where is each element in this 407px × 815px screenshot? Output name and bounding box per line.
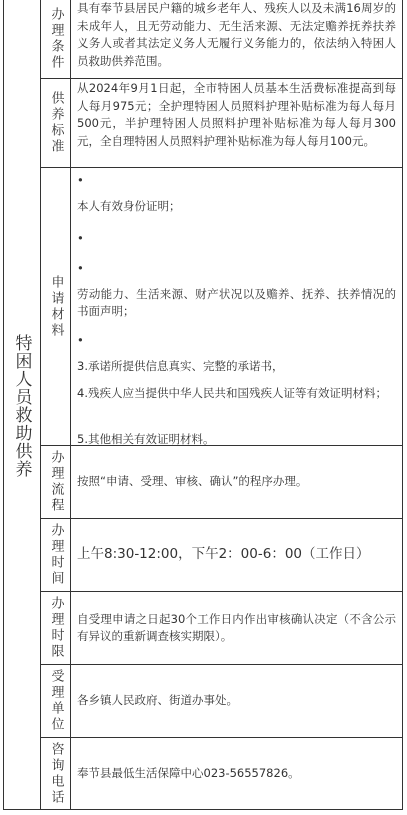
row-consult-phone: 咨询电话 奉节县最低生活保障中心023-56557826。	[41, 738, 402, 809]
row-application-materials: 申请材料 • 本人有效身份证明； • • 劳动能力、生活来源、财产状况以及赡养、…	[41, 168, 402, 446]
service-info-table: 特困人员救助供养 办理条件 具有奉节县居民户籍的城乡老年人、残疾人以及未满16周…	[3, 0, 403, 810]
row-office-hours: 办理时间 上午8:30-12:00，下午2：00-6：00（工作日）	[41, 519, 402, 592]
row-label-cell: 办理条件	[41, 0, 71, 78]
row-label-cell: 咨询电话	[41, 738, 71, 809]
row-accepting-unit: 受理单位 各乡镇人民政府、街道办事处。	[41, 665, 402, 738]
service-category-cell: 特困人员救助供养	[4, 0, 41, 809]
row-label-cell: 受理单位	[41, 665, 71, 737]
materials-list: • 本人有效身份证明； • • 劳动能力、生活来源、财产状况以及赡养、抚养、扶养…	[71, 168, 402, 445]
row-label: 办理条件	[49, 7, 63, 71]
row-value-cell: 奉节县最低生活保障中心023-56557826。	[71, 738, 402, 809]
row-label: 咨询电话	[49, 742, 63, 806]
service-title: 特困人员救助供养	[10, 334, 35, 478]
row-label: 办理时限	[49, 596, 63, 660]
material-item: 3.承诺所提供信息真实、完整的承诺书，	[77, 358, 396, 385]
row-value-cell: 上午8:30-12:00，下午2：00-6：00（工作日）	[71, 519, 402, 591]
row-label-cell: 申请材料	[41, 168, 71, 445]
row-label-cell: 办理时间	[41, 519, 71, 591]
row-label: 办理流程	[49, 450, 63, 514]
processing-limit-text: 自受理申请之日起30个工作日内作出审核确认决定（不含公示有异议的重新调查核实期限…	[77, 611, 396, 646]
consult-phone-text: 奉节县最低生活保障中心023-56557826。	[77, 765, 300, 783]
row-support-standard: 供养标准 从2024年9月1日起，全市特困人员基本生活费标准提高到每人每月975…	[41, 79, 402, 168]
row-value-cell: 按照“申请、受理、审核、确认”的程序办理。	[71, 446, 402, 518]
support-standard-text: 从2024年9月1日起，全市特困人员基本生活费标准提高到每人每月975元；全护理…	[77, 80, 396, 150]
row-label-cell: 供养标准	[41, 79, 71, 167]
list-bullet: •	[77, 328, 396, 358]
material-item: 劳动能力、生活来源、财产状况以及赡养、抚养、扶养情况的书面声明；	[77, 286, 396, 328]
row-label-cell: 办理流程	[41, 446, 71, 518]
row-label-cell: 办理时限	[41, 592, 71, 664]
procedure-text: 按照“申请、受理、审核、确认”的程序办理。	[77, 473, 307, 491]
list-bullet: •	[77, 168, 396, 198]
office-hours-text: 上午8:30-12:00，下午2：00-6：00（工作日）	[77, 546, 370, 564]
row-eligibility: 办理条件 具有奉节县居民户籍的城乡老年人、残疾人以及未满16周岁的未成年人，且无…	[41, 0, 402, 79]
list-bullet: •	[77, 226, 396, 256]
row-label: 供养标准	[49, 91, 63, 155]
row-value-cell: 各乡镇人民政府、街道办事处。	[71, 665, 402, 737]
row-procedure: 办理流程 按照“申请、受理、审核、确认”的程序办理。	[41, 446, 402, 519]
row-label: 办理时间	[49, 523, 63, 587]
row-label: 受理单位	[49, 669, 63, 733]
eligibility-text: 具有奉节县居民户籍的城乡老年人、残疾人以及未满16周岁的未成年人，且无劳动能力、…	[77, 0, 396, 70]
row-value-cell: 从2024年9月1日起，全市特困人员基本生活费标准提高到每人每月975元；全护理…	[71, 79, 402, 167]
row-value-cell: 具有奉节县居民户籍的城乡老年人、残疾人以及未满16周岁的未成年人，且无劳动能力、…	[71, 0, 402, 78]
material-item: 4.残疾人应当提供中华人民共和国残疾人证等有效证明材料；	[77, 385, 396, 431]
row-processing-limit: 办理时限 自受理申请之日起30个工作日内作出审核确认决定（不含公示有异议的重新调…	[41, 592, 402, 665]
material-item: 本人有效身份证明；	[77, 198, 396, 226]
list-bullet: •	[77, 256, 396, 286]
row-label: 申请材料	[49, 275, 63, 339]
accepting-unit-text: 各乡镇人民政府、街道办事处。	[77, 692, 238, 710]
row-value-cell: 自受理申请之日起30个工作日内作出审核确认决定（不含公示有异议的重新调查核实期限…	[71, 592, 402, 664]
